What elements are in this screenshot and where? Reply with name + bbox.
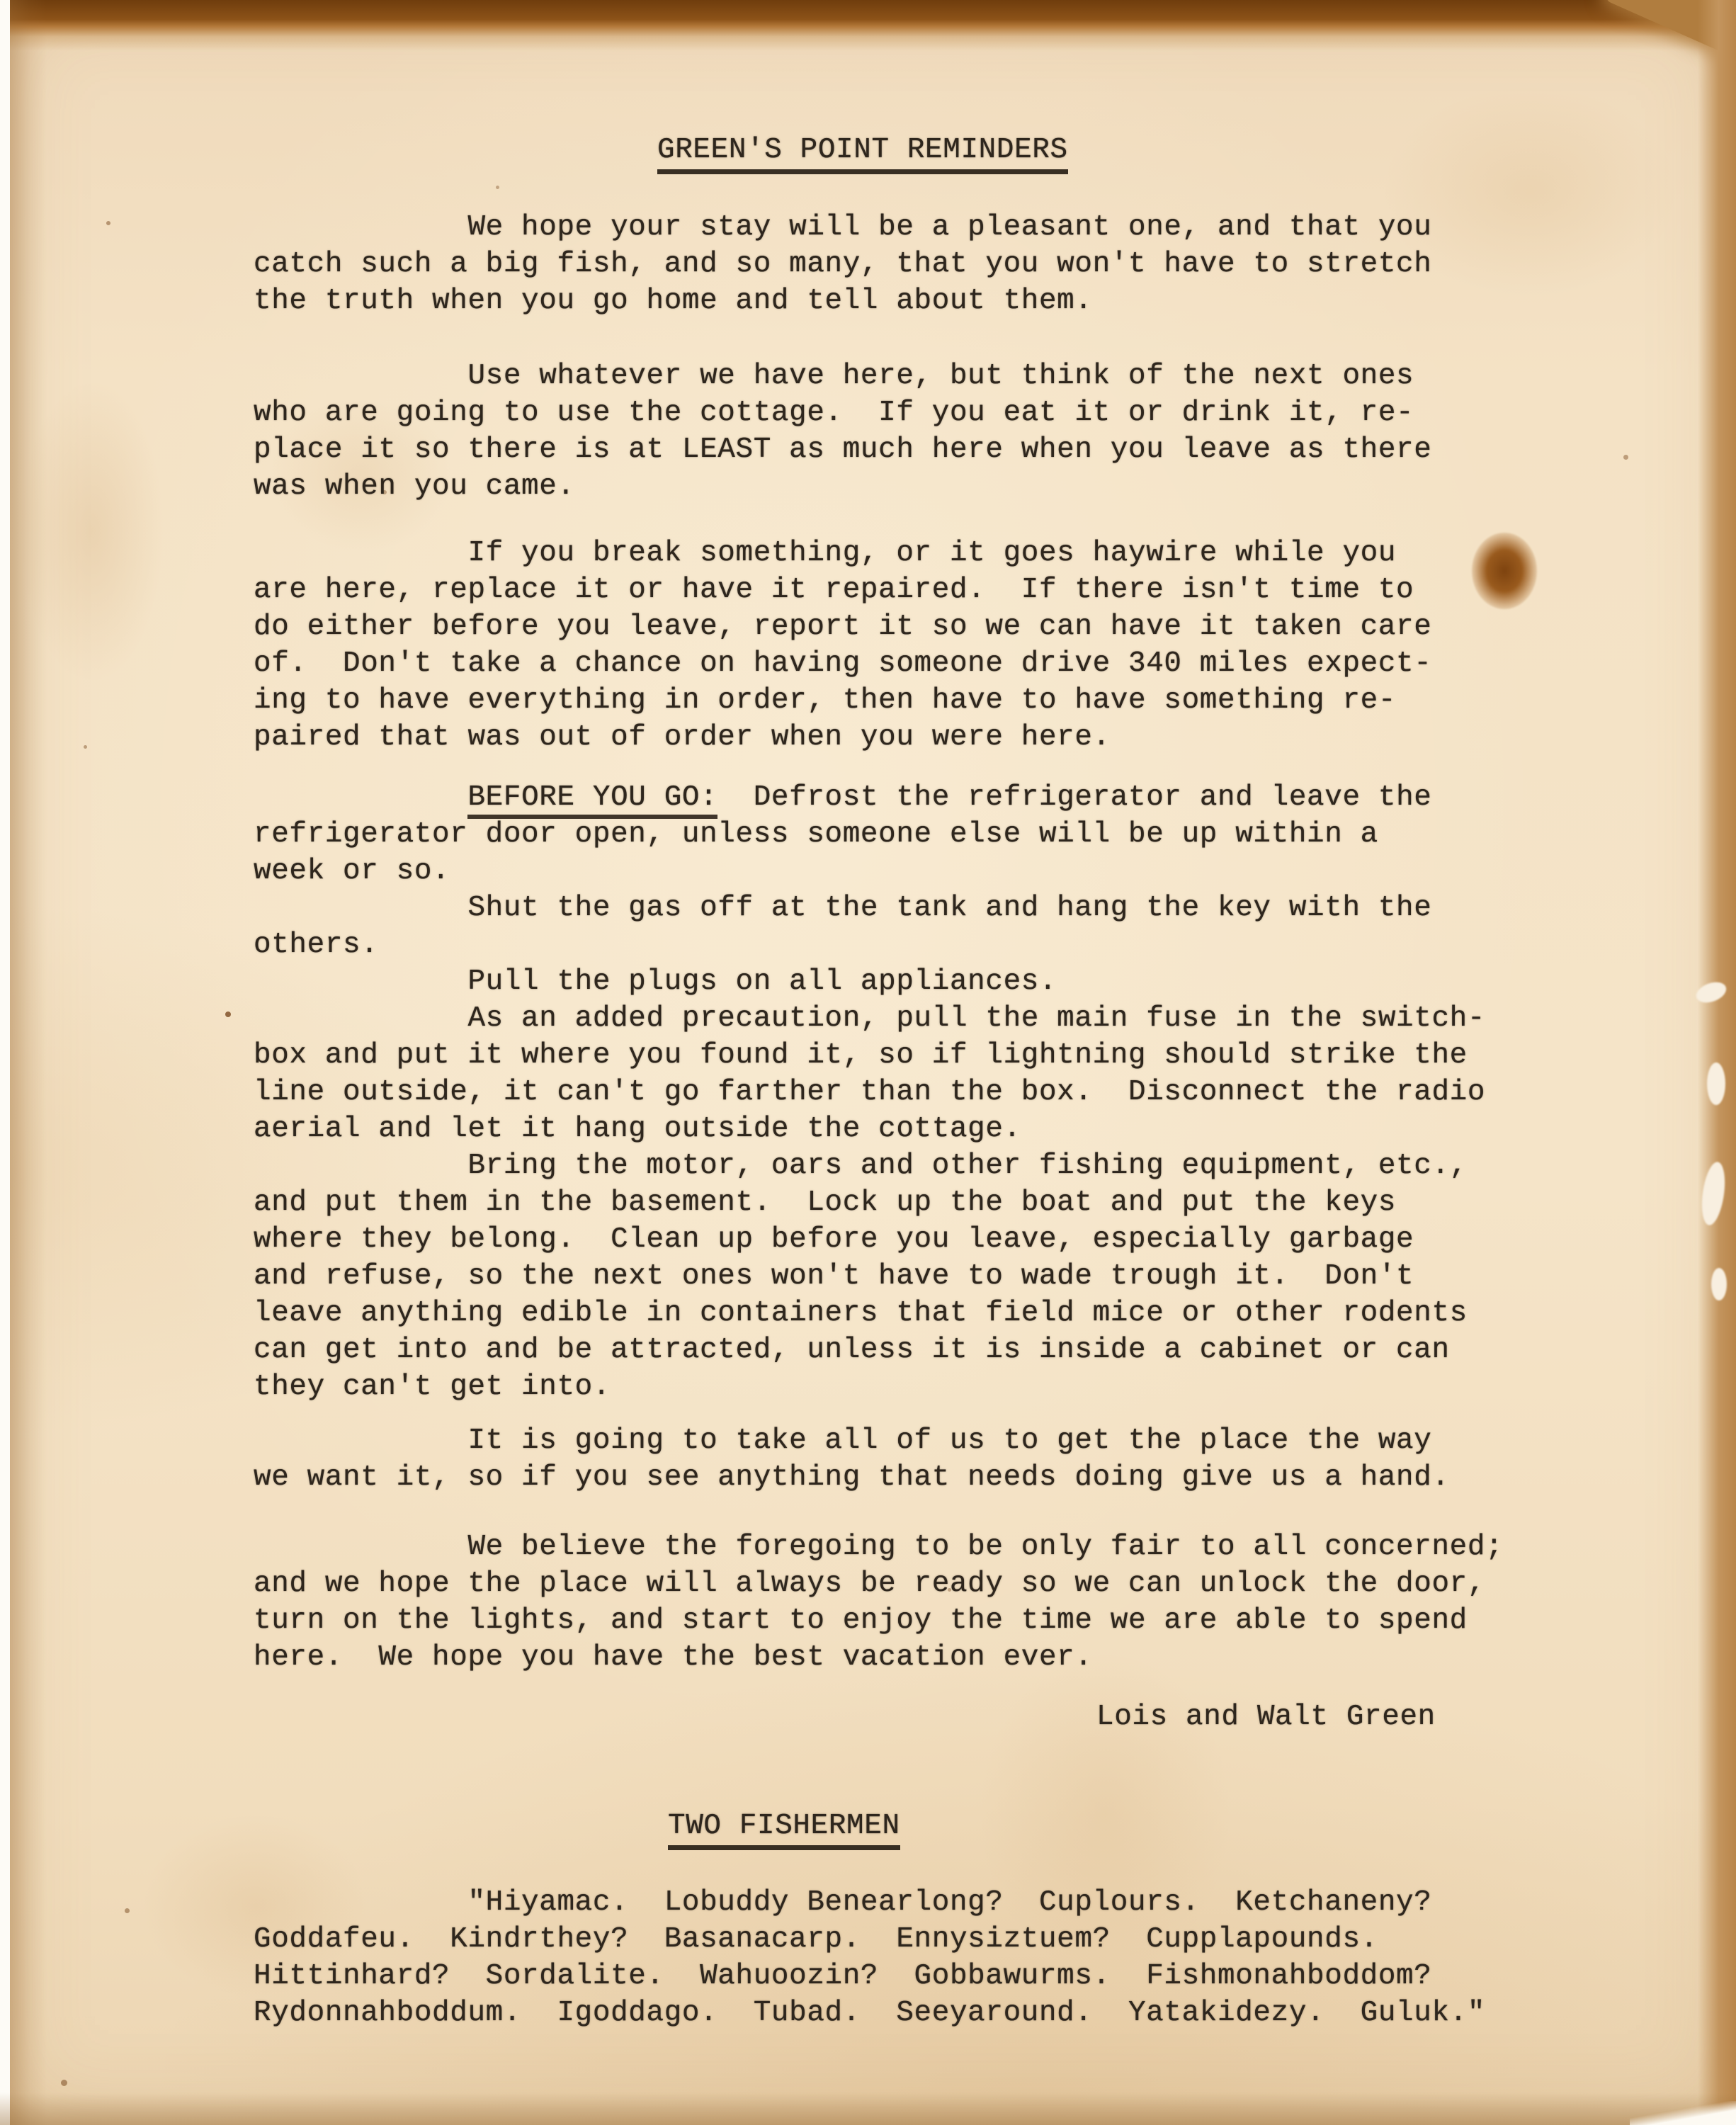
page-title: GREEN'S POINT REMINDERS bbox=[657, 132, 1068, 169]
text-line: can get into and be attracted, unless it… bbox=[254, 1332, 1485, 1368]
text-line: others. bbox=[254, 926, 1485, 963]
text-line: Rydonnahboddum. Igoddago. Tubad. Seeyaro… bbox=[254, 1995, 1485, 2031]
paragraph-welcome: We hope your stay will be a pleasant one… bbox=[254, 209, 1431, 319]
text-line: who are going to use the cottage. If you… bbox=[254, 395, 1431, 431]
signature: Lois and Walt Green bbox=[1096, 1699, 1436, 1735]
text-line: are here, replace it or have it repaired… bbox=[254, 572, 1431, 608]
typewritten-text-layer: GREEN'S POINT REMINDERS We hope your sta… bbox=[0, 0, 1736, 2125]
text-line: refrigerator door open, unless someone e… bbox=[254, 816, 1485, 853]
text-line: It is going to take all of us to get the… bbox=[254, 1422, 1450, 1459]
text-line: of. Don't take a chance on having someon… bbox=[254, 645, 1431, 682]
text-line: ing to have everything in order, then ha… bbox=[254, 682, 1431, 719]
text-line: catch such a big fish, and so many, that… bbox=[254, 246, 1431, 283]
text-line: and put them in the basement. Lock up th… bbox=[254, 1184, 1485, 1221]
scanned-document-page: GREEN'S POINT REMINDERS We hope your sta… bbox=[0, 0, 1736, 2125]
text-line: box and put it where you found it, so if… bbox=[254, 1037, 1485, 1074]
section-title-text: TWO FISHERMEN bbox=[668, 1810, 900, 1850]
text-line: and we hope the place will always be rea… bbox=[254, 1565, 1503, 1602]
text-line: Hittinhard? Sordalite. Wahuoozin? Gobbaw… bbox=[254, 1958, 1485, 1995]
text-line: aerial and let it hang outside the cotta… bbox=[254, 1111, 1485, 1147]
text-line: where they belong. Clean up before you l… bbox=[254, 1221, 1485, 1258]
text-line: Use whatever we have here, but think of … bbox=[254, 358, 1431, 395]
text-line: do either before you leave, report it so… bbox=[254, 608, 1431, 645]
text-line: We hope your stay will be a pleasant one… bbox=[254, 209, 1431, 246]
text-line: they can't get into. bbox=[254, 1368, 1485, 1405]
text-line: line outside, it can't go farther than t… bbox=[254, 1074, 1485, 1111]
text-segment: Defrost the refrigerator and leave the bbox=[717, 781, 1431, 814]
text-line: here. We hope you have the best vacation… bbox=[254, 1639, 1503, 1676]
text-line: BEFORE YOU GO: Defrost the refrigerator … bbox=[254, 779, 1485, 816]
text-segment bbox=[254, 781, 467, 814]
paragraph-closing: We believe the foregoing to be only fair… bbox=[254, 1529, 1503, 1676]
paragraph-use-whatever: Use whatever we have here, but think of … bbox=[254, 358, 1431, 505]
paragraph-fishermen-joke: "Hiyamac. Lobuddy Benearlong? Cuplours. … bbox=[254, 1884, 1485, 2031]
text-line: paired that was out of order when you we… bbox=[254, 719, 1431, 756]
paragraph-before-you-go: BEFORE YOU GO: Defrost the refrigerator … bbox=[254, 779, 1485, 1405]
text-line: As an added precaution, pull the main fu… bbox=[254, 1000, 1485, 1037]
text-line: "Hiyamac. Lobuddy Benearlong? Cuplours. … bbox=[254, 1884, 1485, 1921]
text-line: leave anything edible in containers that… bbox=[254, 1295, 1485, 1332]
text-line: We believe the foregoing to be only fair… bbox=[254, 1529, 1503, 1565]
text-line: Goddafeu. Kindrthey? Basanacarp. Ennysiz… bbox=[254, 1921, 1485, 1958]
underlined-text: BEFORE YOU GO: bbox=[467, 781, 717, 819]
text-line: week or so. bbox=[254, 853, 1485, 890]
paragraph-if-you-break: If you break something, or it goes haywi… bbox=[254, 535, 1431, 756]
text-line: was when you came. bbox=[254, 468, 1431, 505]
text-line: Pull the plugs on all appliances. bbox=[254, 963, 1485, 1000]
text-line: Bring the motor, oars and other fishing … bbox=[254, 1147, 1485, 1184]
text-line: and refuse, so the next ones won't have … bbox=[254, 1258, 1485, 1295]
text-line: Shut the gas off at the tank and hang th… bbox=[254, 890, 1485, 926]
paragraph-give-us-a-hand: It is going to take all of us to get the… bbox=[254, 1422, 1450, 1496]
section-title-two-fishermen: TWO FISHERMEN bbox=[668, 1808, 900, 1844]
text-line: we want it, so if you see anything that … bbox=[254, 1459, 1450, 1496]
text-line: turn on the lights, and start to enjoy t… bbox=[254, 1602, 1503, 1639]
text-line: the truth when you go home and tell abou… bbox=[254, 283, 1431, 319]
text-line: place it so there is at LEAST as much he… bbox=[254, 431, 1431, 468]
text-line: If you break something, or it goes haywi… bbox=[254, 535, 1431, 572]
page-title-text: GREEN'S POINT REMINDERS bbox=[657, 134, 1068, 174]
